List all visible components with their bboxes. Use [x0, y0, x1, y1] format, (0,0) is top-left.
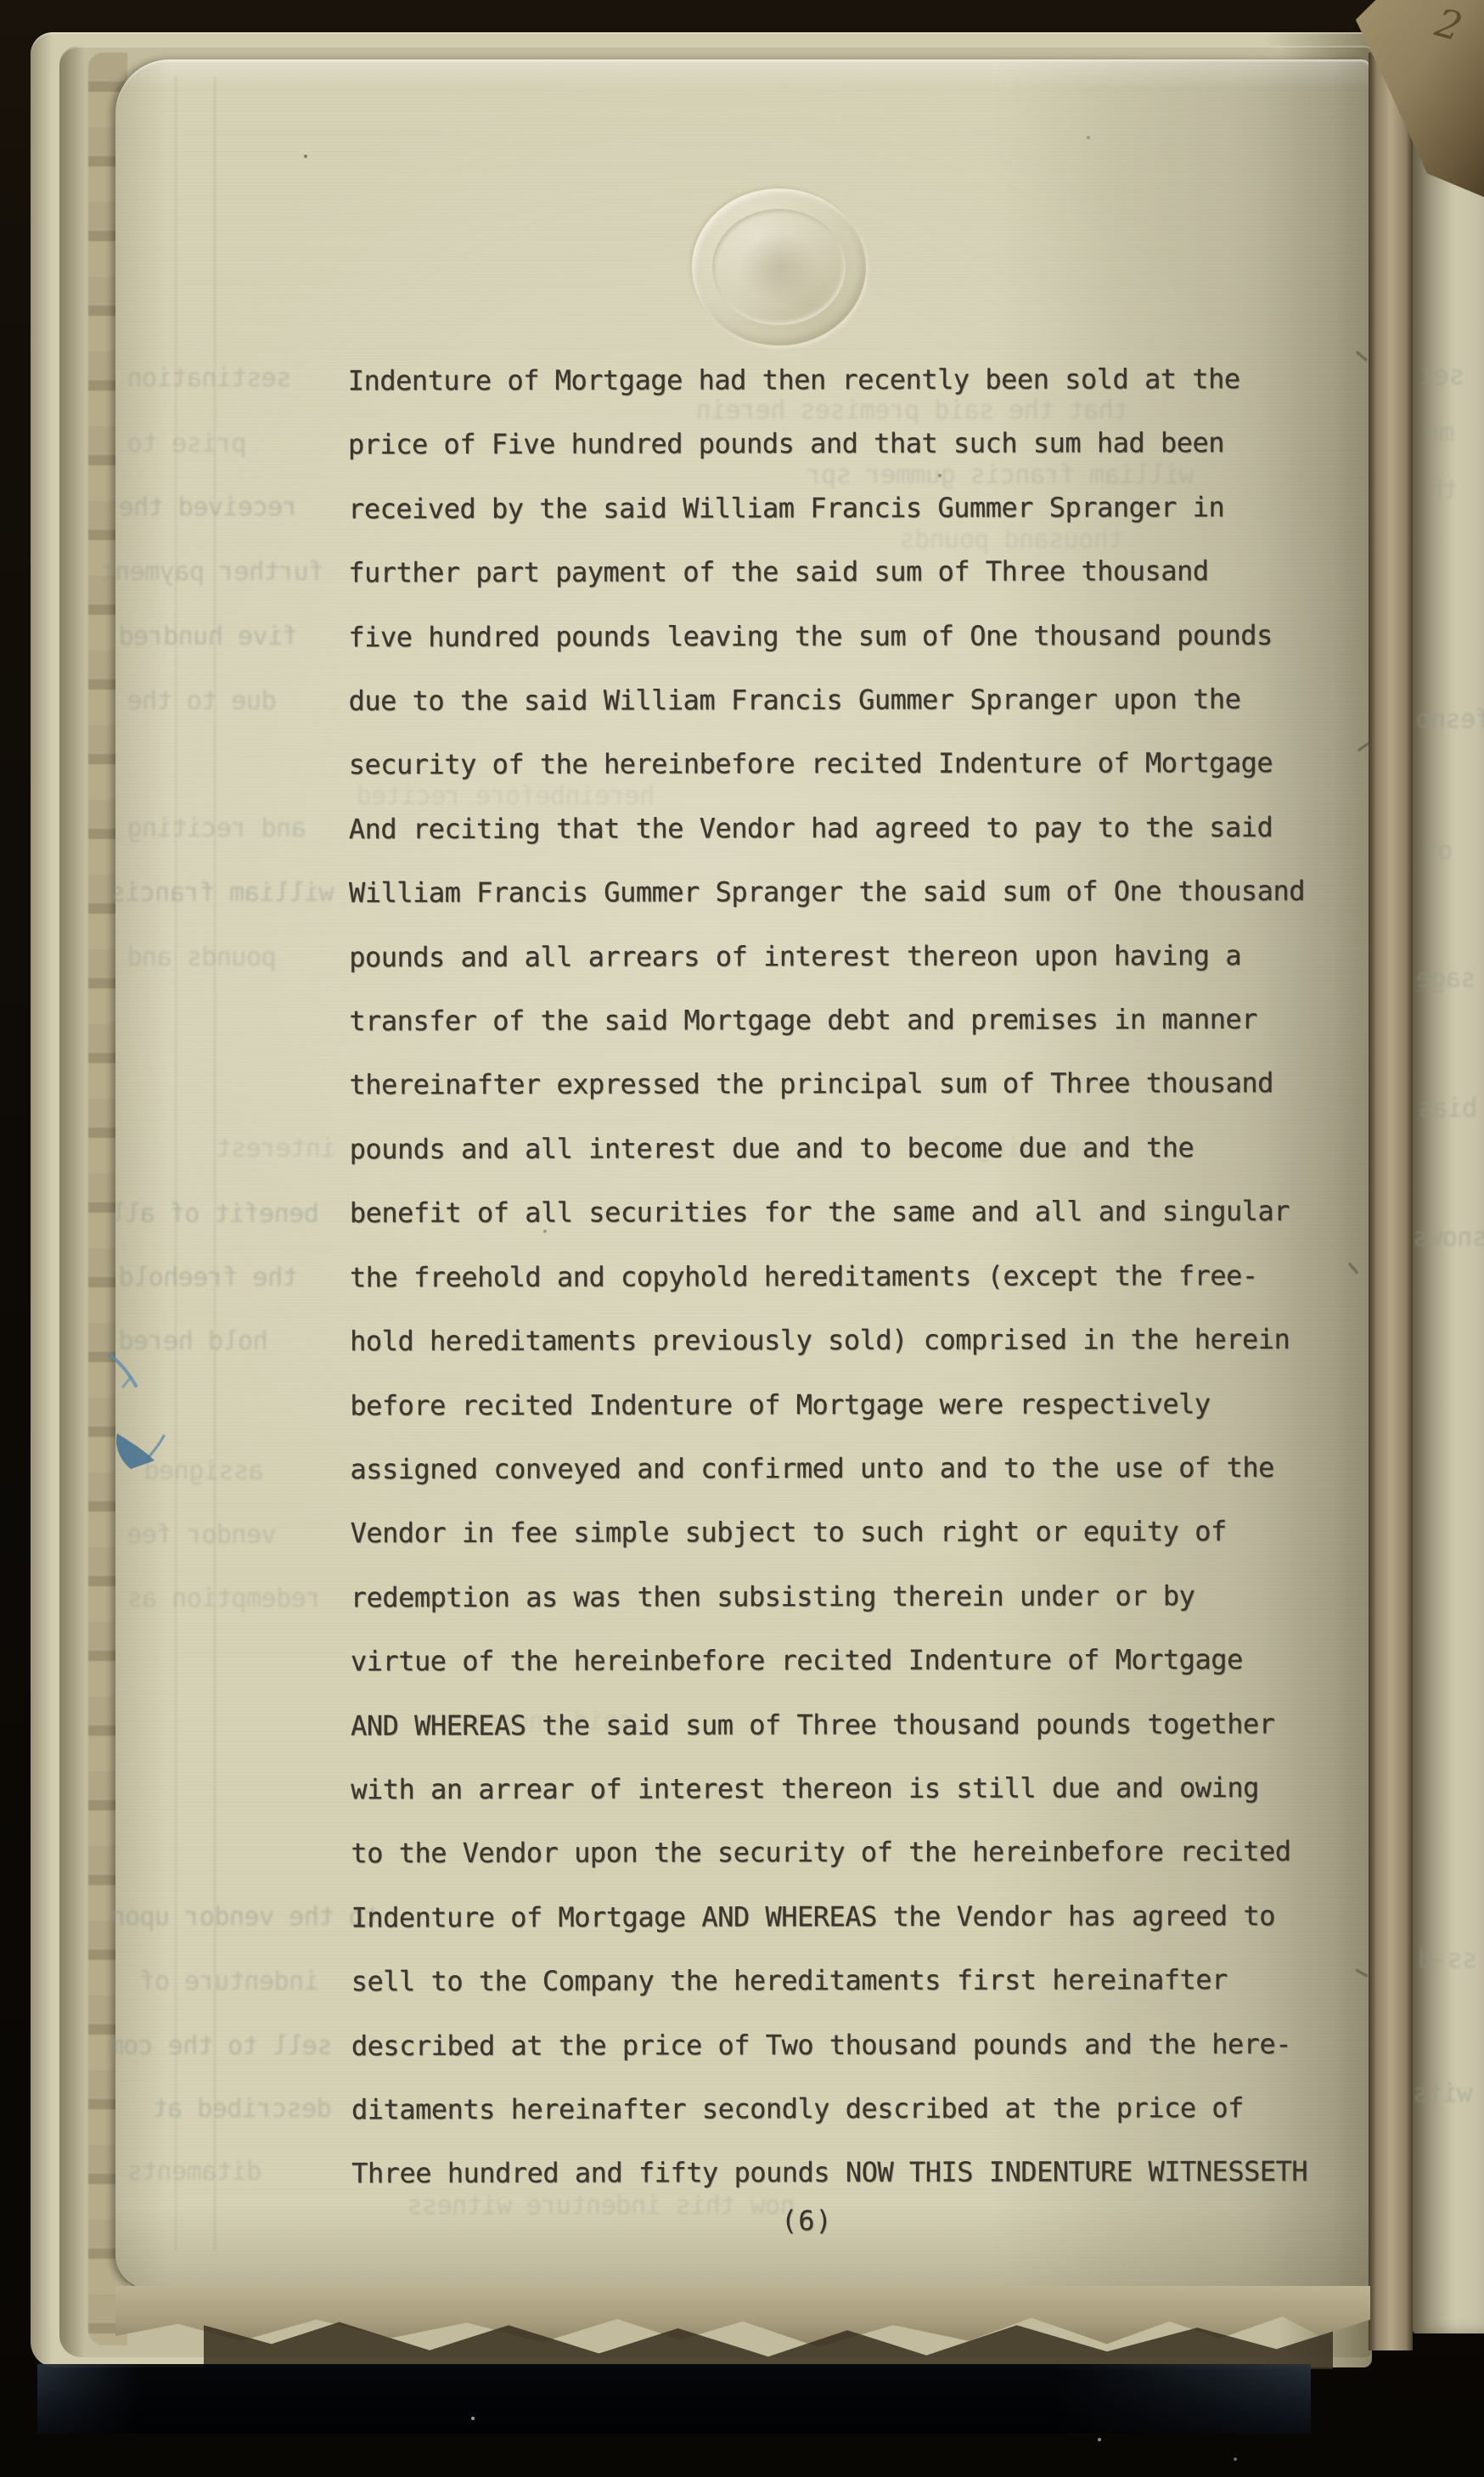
bleed-through-mark: the freehold: [119, 1263, 298, 1292]
bleed-through-mark: bias: [1418, 1094, 1477, 1123]
text-line: the freehold and copyhold hereditaments …: [350, 1243, 1370, 1309]
handwritten-page-mark: 2: [1431, 0, 1467, 50]
bleed-through-mark: five hundred: [119, 622, 298, 651]
bleed-through-mark: redemption as: [127, 1584, 321, 1613]
text-line: William Francis Gummer Spranger the said…: [349, 859, 1369, 926]
text-line: to the Vendor upon the security of the h…: [351, 1820, 1371, 1886]
text-line: AND WHEREAS the said sum of Three thousa…: [351, 1692, 1371, 1758]
text-line: Indenture of Mortgage had then recently …: [348, 347, 1369, 414]
text-line: hold hereditaments previously sold) comp…: [350, 1308, 1370, 1374]
bleed-through-mark: mo: [1425, 418, 1454, 448]
dust-speck: [471, 2417, 475, 2420]
bleed-through-mark: of: [1423, 836, 1453, 866]
bleed-through-mark: described at: [153, 2094, 332, 2124]
text-line: five hundred pounds leaving the sum of O…: [348, 603, 1369, 669]
text-line: further part payment of the said sum of …: [348, 539, 1369, 605]
text-line: ditaments hereinafter secondly described…: [351, 2076, 1372, 2142]
text-line: pounds and all interest due and to becom…: [350, 1116, 1370, 1182]
book-scan: 2 sestinationprise toreceived thefurther…: [0, 0, 1484, 2477]
text-line: due to the said William Francis Gummer S…: [348, 667, 1369, 734]
text-line: thereinafter expressed the principal sum…: [349, 1051, 1369, 1117]
bleed-through-mark: due to the: [127, 686, 277, 716]
text-line: redemption as was then subsisting therei…: [351, 1563, 1371, 1630]
text-line: Vendor in fee simple subject to such rig…: [351, 1500, 1371, 1566]
bleed-through-mark: ditaments: [127, 2157, 261, 2187]
page-number: (6): [781, 2204, 833, 2237]
bleed-through-mark: sell to the com: [109, 2031, 332, 2061]
text-line: with an arrear of interest thereon is st…: [351, 1756, 1371, 1822]
text-line: Indenture of Mortgage AND WHEREAS the Ve…: [351, 1883, 1371, 1950]
text-line: virtue of the hereinbefore recited Inden…: [351, 1628, 1371, 1694]
text-line: described at the price of Two thousand p…: [351, 2012, 1372, 2078]
text-line: price of Five hundred pounds and that su…: [348, 411, 1369, 477]
embossed-seal: [692, 189, 866, 346]
book-cover-edge: [37, 2364, 1311, 2434]
bleed-through-mark: prise to: [127, 429, 247, 459]
text-line: assigned conveyed and confirmed unto and…: [350, 1436, 1370, 1502]
bleed-through-mark: and reciting: [127, 813, 306, 843]
bleed-through-mark: to the vendor upon: [110, 1902, 379, 1932]
bleed-through-mark: fesno: [1416, 705, 1484, 735]
document-text: Indenture of Mortgage had then recently …: [348, 347, 1373, 2218]
bleed-through-mark: benefit of all: [110, 1199, 319, 1229]
bleed-through-mark: ss-d: [1418, 1945, 1477, 1974]
text-line: pounds and all arrears of interest there…: [349, 923, 1369, 989]
bleed-through-mark: indenture of: [140, 1967, 319, 1996]
bleed-through-mark: th: [1428, 476, 1458, 505]
bleed-through-mark: received the: [119, 493, 298, 522]
text-line: benefit of all securities for the same a…: [350, 1179, 1370, 1246]
bleed-through-mark: vendor fee: [127, 1520, 277, 1550]
text-line: before recited Indenture of Mortgage wer…: [350, 1371, 1370, 1438]
bleed-through-mark: sestination: [127, 363, 291, 393]
text-line: And reciting that the Vendor had agreed …: [349, 796, 1369, 862]
gutter-shadow: [1413, 70, 1452, 2333]
text-line: transfer of the said Mortgage debt and p…: [349, 988, 1369, 1054]
bleed-through-mark: interest: [216, 1134, 336, 1163]
page-gutter-edge: [1369, 53, 1413, 2350]
bleed-through-mark: snows: [1413, 1223, 1484, 1253]
bleed-through-mark: set: [1419, 361, 1464, 391]
text-line: security of the hereinbefore recited Ind…: [349, 731, 1369, 797]
bleed-through-mark: pounds and: [127, 943, 277, 972]
bleed-through-mark: further payment: [100, 557, 323, 587]
text-line: sell to the Company the hereditaments fi…: [351, 1948, 1372, 2014]
bleed-through-mark: wits: [1413, 2079, 1472, 2108]
bleed-through-mark: william francis: [110, 878, 334, 908]
text-line: received by the said William Francis Gum…: [348, 476, 1369, 542]
dust-speck: [304, 155, 307, 158]
bleed-through-mark: sage: [1416, 964, 1476, 994]
text-line: Three hundred and fifty pounds NOW THIS …: [351, 2140, 1372, 2206]
blue-pencil-mark: [102, 1348, 178, 1484]
